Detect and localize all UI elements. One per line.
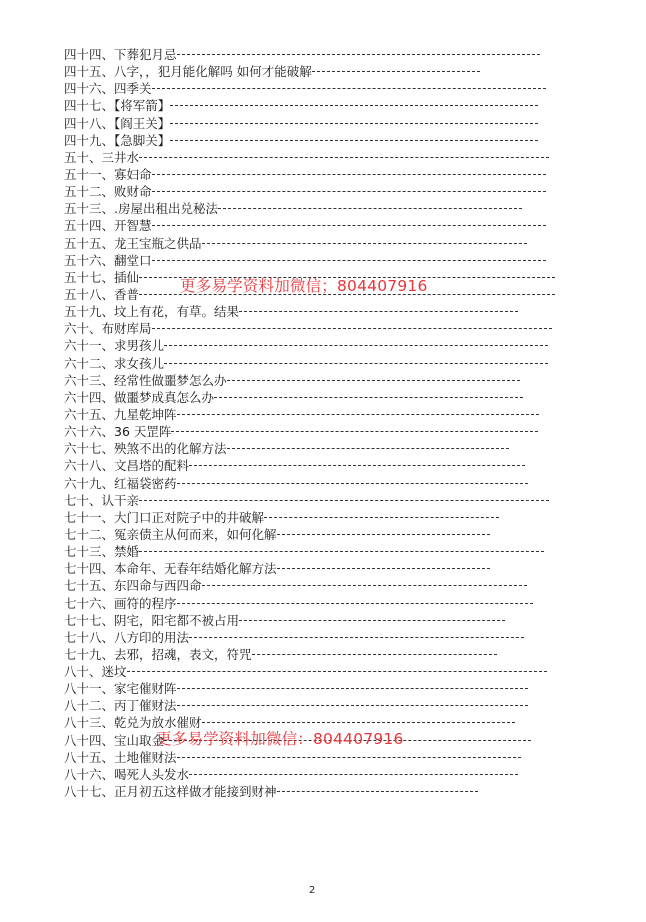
toc-entry: 五十五、龙王宝瓶之供品 <box>64 235 564 252</box>
toc-entry: 四十九、【急脚关】 <box>64 132 564 149</box>
leader-dots <box>152 191 546 192</box>
toc-entry-label: 六十一、求男孩儿 <box>64 338 164 353</box>
toc-entry: 四十四、下葬犯月忌 <box>64 46 564 63</box>
leader-dots <box>177 483 528 484</box>
toc-entry: 七十、认干亲 <box>64 492 564 509</box>
toc-entry: 五十二、败财命 <box>64 183 564 200</box>
toc-entry-label: 七十一、大门口正对院子中的井破解 <box>64 510 264 525</box>
toc-entry: 七十三、禁婚 <box>64 543 564 560</box>
toc-entry-label: 七十九、去邪，招魂，表文，符咒 <box>64 647 252 662</box>
leader-dots <box>189 637 524 638</box>
leader-dots <box>218 208 522 209</box>
toc-entry: 六十六、36 天罡阵 <box>64 423 564 440</box>
toc-entry-label: 五十一、寡妇命 <box>64 167 152 182</box>
leader-dots <box>177 54 540 55</box>
toc-entry: 五十一、寡妇命 <box>64 166 564 183</box>
leader-dots <box>177 705 528 706</box>
toc-entry-label: 六十五、九星乾坤阵 <box>64 407 177 422</box>
leader-dots <box>127 671 547 672</box>
leader-dots <box>277 791 478 792</box>
leader-dots <box>202 243 527 244</box>
leader-dots <box>239 620 505 621</box>
toc-entry-label: 四十八、【阎王关】 <box>64 116 170 131</box>
toc-entry-label: 八十七、正月初五这样做才能接到财神 <box>64 784 277 799</box>
leader-dots <box>164 363 548 364</box>
toc-entry: 五十九、坟上有花，有草。结果 <box>64 303 564 320</box>
toc-entry-label: 四十五、八字，，犯月能化解吗 如何才能破解 <box>64 64 312 79</box>
watermark-text: 更多易学资料加微信；804407916 <box>180 274 428 296</box>
toc-entry: 四十五、八字，，犯月能化解吗 如何才能破解 <box>64 63 564 80</box>
leader-dots <box>202 722 515 723</box>
toc-entry-label: 六十二、求女孩儿 <box>64 356 164 371</box>
toc-entry: 八十、迷坟 <box>64 663 564 680</box>
leader-dots <box>177 757 521 758</box>
page-number: 2 <box>309 885 315 896</box>
toc-entry: 五十三、.房屋出租出兑秘法 <box>64 200 564 217</box>
toc-entry: 七十五、东四命与西四命 <box>64 577 564 594</box>
toc-entry: 八十二、丙丁催财法 <box>64 697 564 714</box>
leader-dots <box>170 123 538 124</box>
toc-entry-label: 四十四、下葬犯月忌 <box>64 47 177 62</box>
toc-entry-label: 八十一、家宅催财阵 <box>64 681 177 696</box>
toc-entry: 七十六、画符的程序 <box>64 595 564 612</box>
toc-entry-label: 八十五、土地催财法 <box>64 750 177 765</box>
toc-entry-label: 五十八、香普 <box>64 287 139 302</box>
toc-entry-label: 七十五、东四命与西四命 <box>64 578 202 593</box>
toc-entry: 七十四、本命年、无春年结婚化解方法 <box>64 560 564 577</box>
toc-entry-label: 四十六、四季关 <box>64 81 152 96</box>
toc-entry-label: 七十七、阴宅，阳宅都不被占用 <box>64 613 239 628</box>
toc-entry: 八十六、喝死人头发水 <box>64 766 564 783</box>
toc-entry-label: 四十九、【急脚关】 <box>64 133 170 148</box>
toc-entry-label: 五十四、开智慧 <box>64 218 152 233</box>
toc-entry-label: 五十九、坟上有花，有草。结果 <box>64 304 239 319</box>
leader-dots <box>164 345 548 346</box>
toc-entry: 六十一、求男孩儿 <box>64 337 564 354</box>
leader-dots <box>189 465 525 466</box>
toc-entry: 四十八、【阎王关】 <box>64 115 564 132</box>
toc-entry-label: 六十四、做噩梦成真怎么办 <box>64 390 214 405</box>
toc-entry-label: 七十二、冤亲债主从何而来，如何化解 <box>64 527 277 542</box>
toc-entry-label: 七十六、画符的程序 <box>64 596 177 611</box>
toc-entry: 六十三、经常性做噩梦怎么办 <box>64 372 564 389</box>
leader-dots <box>152 328 552 329</box>
toc-entry: 五十四、开智慧 <box>64 217 564 234</box>
leader-dots <box>264 517 499 518</box>
toc-entry-label: 八十二、丙丁催财法 <box>64 698 177 713</box>
toc-entry: 六十八、文昌塔的配料 <box>64 457 564 474</box>
leader-dots <box>139 500 549 501</box>
toc-entry: 七十一、大门口正对院子中的井破解 <box>64 509 564 526</box>
toc-entry-label: 五十三、.房屋出租出兑秘法 <box>64 201 218 216</box>
toc-entry-label: 六十六、36 天罡阵 <box>64 424 171 439</box>
toc-entry-label: 六十九、红福袋密药 <box>64 476 177 491</box>
table-of-contents: 四十四、下葬犯月忌四十五、八字，，犯月能化解吗 如何才能破解四十六、四季关四十七… <box>64 46 564 800</box>
toc-entry: 六十二、求女孩儿 <box>64 355 564 372</box>
leader-dots <box>177 414 539 415</box>
toc-entry-label: 五十六、翻堂口 <box>64 253 152 268</box>
toc-entry-label: 五十二、败财命 <box>64 184 152 199</box>
toc-entry-label: 七十三、禁婚 <box>64 544 139 559</box>
toc-entry: 六十五、九星乾坤阵 <box>64 406 564 423</box>
leader-dots <box>139 551 544 552</box>
watermark-text: 更多易学资料加微信：804407916 <box>156 727 404 749</box>
leader-dots <box>277 534 490 535</box>
toc-entry: 七十七、阴宅，阳宅都不被占用 <box>64 612 564 629</box>
toc-entry-label: 八十、迷坟 <box>64 664 127 679</box>
toc-entry-label: 八十四、宝山取金 <box>64 733 164 748</box>
toc-entry-label: 六十、布财库局 <box>64 321 152 336</box>
leader-dots <box>139 157 549 158</box>
leader-dots <box>152 88 546 89</box>
toc-entry: 七十八、八方印的用法 <box>64 629 564 646</box>
toc-entry: 七十九、去邪，招魂，表文，符咒 <box>64 646 564 663</box>
toc-entry-label: 七十四、本命年、无春年结婚化解方法 <box>64 561 277 576</box>
leader-dots <box>170 105 538 106</box>
toc-entry: 六十、布财库局 <box>64 320 564 337</box>
leader-dots <box>177 688 528 689</box>
leader-dots <box>170 140 538 141</box>
toc-entry-label: 五十七、插仙 <box>64 270 139 285</box>
toc-entry-label: 五十、三井水 <box>64 150 139 165</box>
toc-entry-label: 五十五、龙王宝瓶之供品 <box>64 236 202 251</box>
toc-entry: 八十七、正月初五这样做才能接到财神 <box>64 783 564 800</box>
toc-entry-label: 四十七、【将军箭】 <box>64 98 170 113</box>
leader-dots <box>227 448 509 449</box>
toc-entry-label: 六十七、殃煞不出的化解方法 <box>64 441 227 456</box>
leader-dots <box>152 174 546 175</box>
leader-dots <box>152 260 546 261</box>
leader-dots <box>171 431 538 432</box>
toc-entry: 五十六、翻堂口 <box>64 252 564 269</box>
leader-dots <box>312 71 480 72</box>
leader-dots <box>252 654 497 655</box>
leader-dots <box>277 568 490 569</box>
toc-entry: 八十一、家宅催财阵 <box>64 680 564 697</box>
toc-entry-label: 八十六、喝死人头发水 <box>64 767 189 782</box>
toc-entry: 六十四、做噩梦成真怎么办 <box>64 389 564 406</box>
leader-dots <box>227 380 520 381</box>
leader-dots <box>177 603 533 604</box>
toc-entry: 四十七、【将军箭】 <box>64 97 564 114</box>
toc-entry: 八十五、土地催财法 <box>64 749 564 766</box>
toc-entry-label: 七十、认干亲 <box>64 493 139 508</box>
toc-entry-label: 六十八、文昌塔的配料 <box>64 458 189 473</box>
leader-dots <box>239 311 518 312</box>
toc-entry: 六十九、红福袋密药 <box>64 475 564 492</box>
leader-dots <box>214 397 523 398</box>
toc-entry: 六十七、殃煞不出的化解方法 <box>64 440 564 457</box>
leader-dots <box>189 774 518 775</box>
toc-entry-label: 七十八、八方印的用法 <box>64 630 189 645</box>
leader-dots <box>202 585 527 586</box>
toc-entry: 七十二、冤亲债主从何而来，如何化解 <box>64 526 564 543</box>
leader-dots <box>152 225 546 226</box>
toc-entry-label: 六十三、经常性做噩梦怎么办 <box>64 373 227 388</box>
toc-entry: 四十六、四季关 <box>64 80 564 97</box>
toc-entry: 五十、三井水 <box>64 149 564 166</box>
